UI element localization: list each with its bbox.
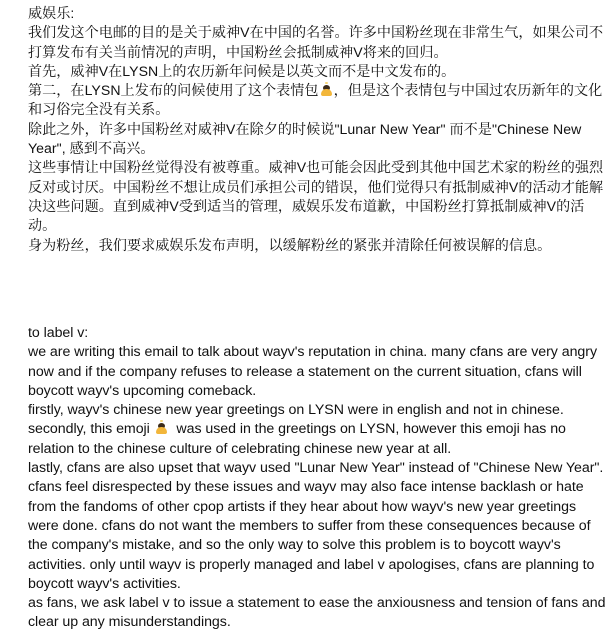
paragraph-line: we are writing this email to talk about … (28, 343, 608, 362)
paragraph-line: 决这些问题。直到威神V受到适当的管理，威娱乐发布道歉，中国粉丝打算抵制威神V的活 (28, 197, 608, 216)
line-text-before: secondly, this emoji (28, 421, 154, 437)
paragraph-line: the company's mistake, and so the only w… (28, 536, 608, 555)
person-bowing-icon (320, 83, 333, 96)
paragraph-line: 除此之外，许多中国粉丝对威神V在除夕的时候说"Lunar New Year" 而… (28, 120, 608, 139)
paragraph-line: activities. only until wayv is properly … (28, 556, 608, 575)
line-text-after: was used in the greetings on LYSN, howev… (169, 421, 566, 437)
salutation: 威娱乐: (28, 4, 608, 23)
paragraph-line: lastly, cfans are also upset that wayv u… (28, 459, 608, 478)
paragraph-line: clear up any misunderstandings. (28, 613, 608, 632)
person-bowing-icon (155, 421, 168, 434)
paragraph-line: from the fandoms of other cpop artists i… (28, 498, 608, 517)
paragraph-line: now and if the company refuses to releas… (28, 363, 608, 382)
chinese-letter: 威娱乐: 我们发这个电邮的目的是关于威神V在中国的名誉。许多中国粉丝现在非常生气… (28, 4, 608, 255)
paragraph-line: 身为粉丝，我们要求威娱乐发布声明，以缓解粉丝的紧张并清除任何被误解的信息。 (28, 236, 608, 255)
paragraph-line: firstly, wayv's chinese new year greetin… (28, 401, 608, 420)
paragraph-line: 和习俗完全没有关系。 (28, 100, 608, 119)
paragraph-line: boycott wayv's activities. (28, 575, 608, 594)
line-text-after: ，但是这个表情包与中国过农历新年的文化 (334, 82, 603, 98)
paragraph-line: 动。 (28, 216, 608, 235)
paragraph-line-with-emoji: 第二，在LYSN上发布的问候使用了这个表情包，但是这个表情包与中国过农历新年的文… (28, 81, 608, 100)
paragraph-line: Year", 感到不高兴。 (28, 139, 608, 158)
paragraph-line: 打算发布有关当前情况的声明，中国粉丝会抵制威神V将来的回归。 (28, 43, 608, 62)
paragraph-line: boycott wayv's upcoming comeback. (28, 382, 608, 401)
salutation: to label v: (28, 324, 608, 343)
paragraph-line: were done. cfans do not want the members… (28, 517, 608, 536)
line-text-before: 第二，在LYSN上发布的问候使用了这个表情包 (28, 82, 319, 98)
paragraph-line-with-emoji: secondly, this emoji was used in the gre… (28, 420, 608, 439)
paragraph-line: as fans, we ask label v to issue a state… (28, 594, 608, 613)
english-letter: to label v: we are writing this email to… (28, 324, 608, 633)
paragraph-line: relation to the chinese culture of celeb… (28, 440, 608, 459)
paragraph-line: cfans feel disrespected by these issues … (28, 478, 608, 497)
paragraph-line: 这些事情让中国粉丝觉得没有被尊重。威神V也可能会因此受到其他中国艺术家的粉丝的强… (28, 158, 608, 177)
paragraph-line: 首先，威神V在LYSN上的农历新年问候是以英文而不是中文发布的。 (28, 62, 608, 81)
paragraph-line: 反对或讨厌。中国粉丝不想让成员们承担公司的错误，他们觉得只有抵制威神V的活动才能… (28, 178, 608, 197)
paragraph-line: 我们发这个电邮的目的是关于威神V在中国的名誉。许多中国粉丝现在非常生气，如果公司… (28, 23, 608, 42)
